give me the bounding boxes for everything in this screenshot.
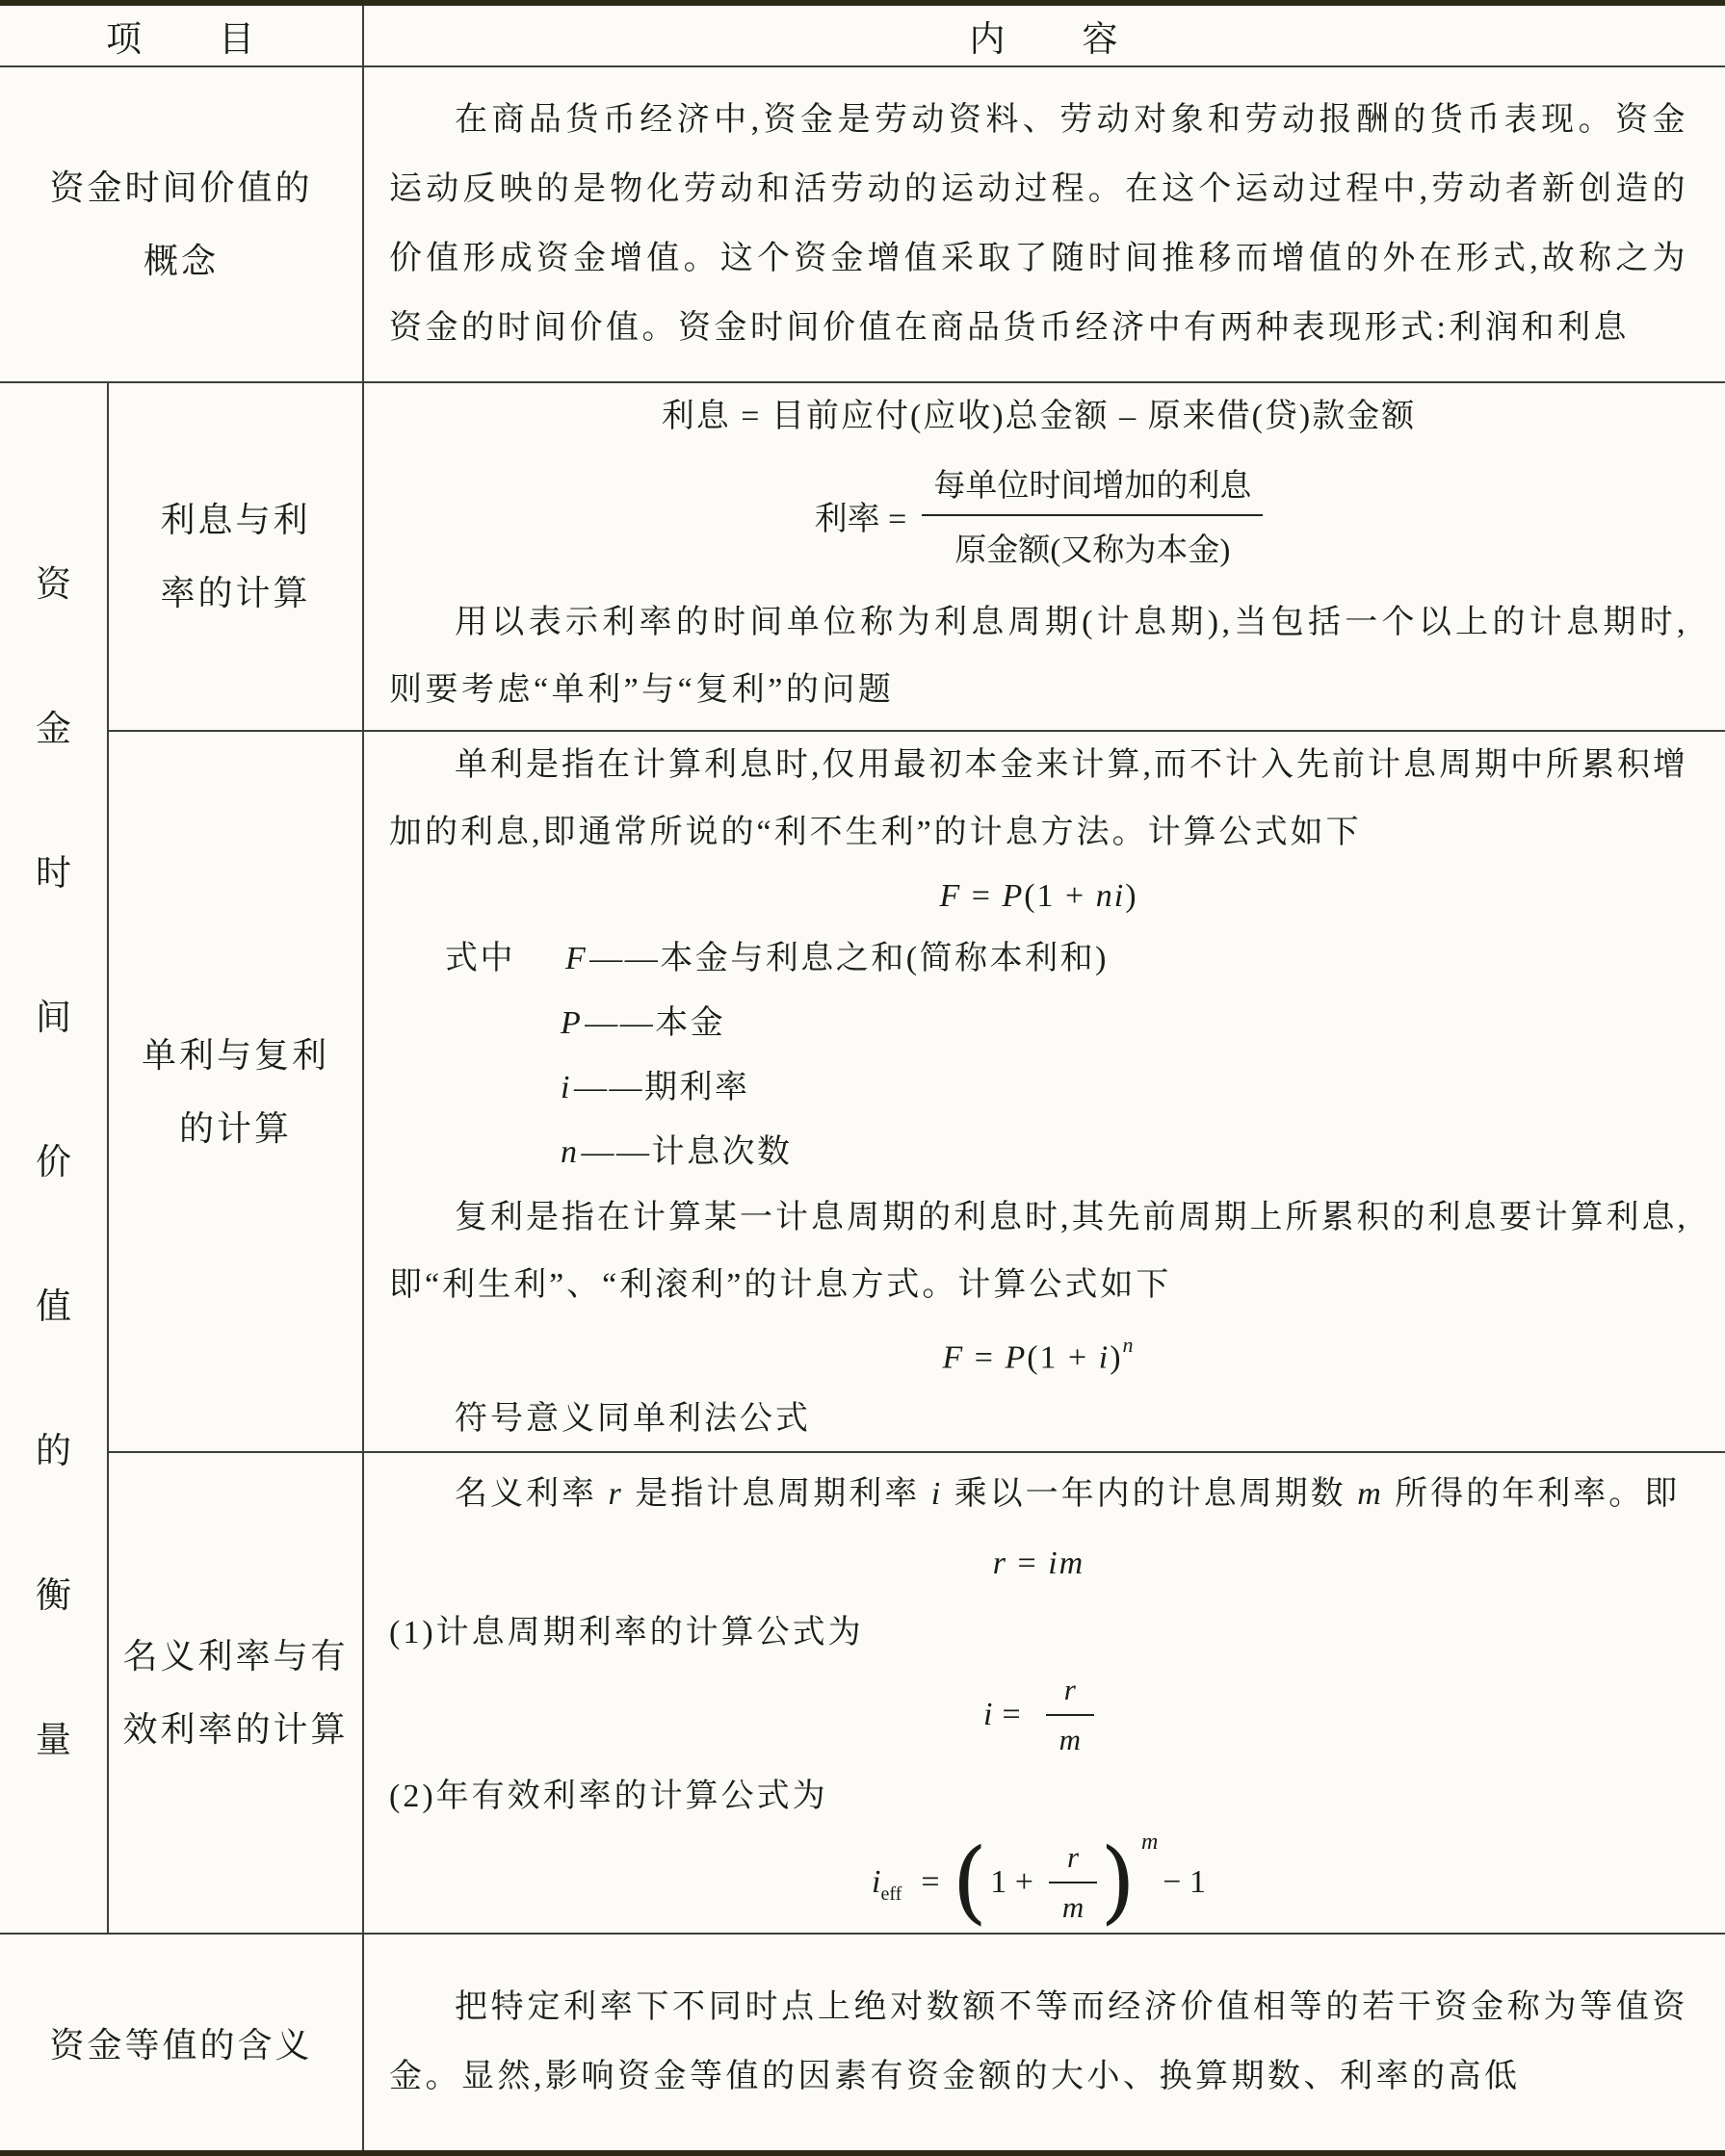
equivalence-label: 资金等值的含义	[0, 2018, 362, 2067]
ieff-fraction: r m	[1049, 1840, 1097, 1925]
interest-label-cell: 利息与利 率的计算	[108, 382, 363, 731]
ieff-var: i	[872, 1864, 880, 1901]
ieff-numerator: r	[1049, 1840, 1097, 1883]
row-equivalence: 资金等值的含义 把特定利率下不同时点上绝对数额不等而经济价值相等的若干资金称为等…	[0, 1934, 1725, 2150]
interest-label-line2: 率的计算	[109, 557, 362, 630]
document-page: 项 目 内 容 资金时间价值的 概念 在商品货币经济中,资金是劳动资料、劳动对象…	[0, 0, 1725, 2156]
ieff-minus-one: − 1	[1163, 1864, 1206, 1901]
compound-formula-exponent: n	[1123, 1333, 1136, 1357]
row-concept: 资金时间价值的 概念 在商品货币经济中,资金是劳动资料、劳动对象和劳动报酬的货币…	[0, 66, 1725, 382]
ieff-subscript: eff	[880, 1883, 902, 1906]
period-rate-fraction: r m	[1046, 1673, 1094, 1757]
where-intro: 式中	[445, 941, 515, 976]
ieff-close-paren: )	[1100, 1842, 1136, 1924]
equivalence-content-cell: 把特定利率下不同时点上绝对数额不等而经济价值相等的若干资金称为等值资金。显然,影…	[363, 1934, 1725, 2150]
nominal-label-cell: 名义利率与有 效利率的计算	[108, 1452, 363, 1934]
rate-fraction: 每单位时间增加的利息 原金额(又称为本金)	[922, 458, 1263, 572]
concept-label-cell: 资金时间价值的 概念	[0, 66, 363, 382]
row-simple-compound: 单利与复利 的计算 单利是指在计算利息时,仅用最初本金来计算,而不计入先前计息周…	[0, 731, 1725, 1452]
nominal-paragraph: 名义利率 r 是指计息周期利率 i 乘以一年内的计息周期数 m 所得的年利率。即	[389, 1461, 1688, 1528]
ieff-open-paren: (	[953, 1842, 988, 1924]
interest-note: 用以表示利率的时间单位称为利息周期(计息期),当包括一个以上的计息期时,则要考虑…	[389, 589, 1688, 724]
period-rate-equals: =	[1002, 1697, 1020, 1733]
symbol-var-n: n	[561, 1134, 580, 1170]
column-header-item: 项 目	[0, 6, 363, 66]
interest-formula: 利息 = 目前应付(应收)总金额 – 原来借(贷)款金额	[389, 389, 1688, 445]
compound-interest-formula: F = P(1 + i)n	[389, 1319, 1688, 1388]
compound-interest-paragraph: 复利是指在计算某一计息周期的利息时,其先前周期上所累积的利息要计算利息,即“利生…	[389, 1184, 1688, 1319]
concept-label-line1: 资金时间价值的	[0, 151, 362, 224]
nominal-label-line2: 效利率的计算	[109, 1693, 362, 1766]
rate-formula-lhs: 利率 =	[815, 492, 907, 539]
row-nominal-effective: 名义利率与有 效利率的计算 名义利率 r 是指计息周期利率 i 乘以一年内的计息…	[0, 1452, 1725, 1934]
symbol-line-P: P——本金	[389, 991, 1688, 1055]
symbol-desc-n: ——计息次数	[582, 1134, 793, 1170]
nominal-label-line1: 名义利率与有	[109, 1620, 362, 1693]
rate-formula: 利率 = 每单位时间增加的利息 原金额(又称为本金)	[389, 458, 1688, 572]
concept-content-cell: 在商品货币经济中,资金是劳动资料、劳动对象和劳动报酬的货币表现。资金运动反映的是…	[363, 66, 1725, 382]
simple-compound-label-line1: 单利与复利	[109, 1019, 362, 1092]
symbol-desc-i: ——期利率	[574, 1070, 750, 1105]
symbol-var-P: P	[561, 1005, 583, 1041]
rate-fraction-numerator: 每单位时间增加的利息	[922, 458, 1263, 516]
symbol-desc-F: ——本金与利息之和(简称本利和)	[589, 941, 1109, 976]
simple-compound-label-line2: 的计算	[109, 1092, 362, 1165]
header-row: 项 目 内 容	[0, 6, 1725, 66]
equivalence-label-cell: 资金等值的含义	[0, 1934, 363, 2150]
period-rate-numerator: r	[1046, 1673, 1094, 1716]
simple-interest-paragraph: 单利是指在计算利息时,仅用最初本金来计算,而不计入先前计息周期中所累积增加的利息…	[389, 732, 1688, 867]
measure-group-cell: 资金时间价值的衡量	[0, 382, 108, 1934]
reference-table: 项 目 内 容 资金时间价值的 概念 在商品货币经济中,资金是劳动资料、劳动对象…	[0, 6, 1725, 2150]
simple-interest-formula: F = P(1 + ni)	[389, 867, 1688, 926]
ieff-exponent: m	[1141, 1830, 1158, 1856]
symbol-var-F: F	[565, 941, 588, 976]
nominal-item1: (1)计息周期利率的计算公式为	[389, 1599, 1688, 1667]
nominal-item2: (2)年有效利率的计算公式为	[389, 1763, 1688, 1831]
interest-content-cell: 利息 = 目前应付(应收)总金额 – 原来借(贷)款金额 利率 = 每单位时间增…	[363, 382, 1725, 731]
rim-formula: r = im	[389, 1534, 1688, 1594]
ieff-equals: =	[921, 1864, 939, 1901]
period-rate-lhs-var: i	[983, 1697, 992, 1733]
row-interest-rate: 资金时间价值的衡量 利息与利 率的计算 利息 = 目前应付(应收)总金额 – 原…	[0, 382, 1725, 731]
simple-compound-label-cell: 单利与复利 的计算	[108, 731, 363, 1452]
column-header-content: 内 容	[363, 6, 1725, 66]
symbol-line-F: 式中F——本金与利息之和(简称本利和)	[389, 926, 1688, 991]
measure-group-label: 资金时间价值的衡量	[0, 407, 107, 1909]
simple-compound-content-cell: 单利是指在计算利息时,仅用最初本金来计算,而不计入先前计息周期中所累积增加的利息…	[363, 731, 1725, 1452]
symbol-var-i: i	[561, 1070, 572, 1105]
compound-note: 符号意义同单利法公式	[389, 1388, 1688, 1451]
period-rate-denominator: m	[1046, 1716, 1094, 1757]
concept-paragraph: 在商品货币经济中,资金是劳动资料、劳动对象和劳动报酬的货币表现。资金运动反映的是…	[389, 86, 1688, 363]
interest-label-line1: 利息与利	[109, 483, 362, 557]
symbol-desc-P: ——本金	[585, 1005, 725, 1041]
effective-rate-formula: ieff = ( 1 + r m )m − 1	[389, 1840, 1688, 1925]
symbol-line-n: n——计息次数	[389, 1120, 1688, 1184]
ieff-one-plus: 1 +	[990, 1864, 1033, 1901]
period-rate-formula: i = r m	[389, 1673, 1688, 1757]
rate-fraction-denominator: 原金额(又称为本金)	[922, 516, 1263, 572]
symbol-line-i: i——期利率	[389, 1055, 1688, 1120]
equivalence-paragraph: 把特定利率下不同时点上绝对数额不等而经济价值相等的若干资金称为等值资金。显然,影…	[389, 1973, 1688, 2112]
ieff-denominator: m	[1049, 1883, 1097, 1925]
concept-label-line2: 概念	[0, 224, 362, 298]
nominal-content-cell: 名义利率 r 是指计息周期利率 i 乘以一年内的计息周期数 m 所得的年利率。即…	[363, 1452, 1725, 1934]
